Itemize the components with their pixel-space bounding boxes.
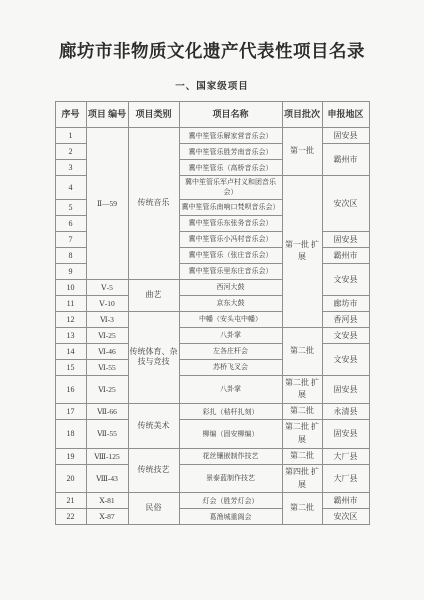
cell-name: 灯会（胜芳灯会） <box>179 493 282 509</box>
cell-region: 霸州市 <box>322 144 369 176</box>
cell-batch: 第二批 扩展 <box>282 420 322 449</box>
cell-index: 10 <box>55 279 86 295</box>
header-category: 项目类别 <box>128 102 179 128</box>
header-region: 申报地区 <box>322 102 369 128</box>
table-row: 19 Ⅷ-125 传统技艺 花丝镶嵌制作技艺 第二批 大厂县 <box>55 448 369 464</box>
cell-batch: 第二批 <box>282 404 322 420</box>
cell-index: 13 <box>55 327 86 343</box>
cell-category: 传统音乐 <box>128 128 179 279</box>
cell-region: 文安县 <box>322 263 369 295</box>
cell-code: Ⅵ-55 <box>86 359 128 375</box>
cell-index: 12 <box>55 311 86 327</box>
cell-name: 柳编（固安柳编） <box>179 420 282 449</box>
table-row: 1 Ⅱ—59 传统音乐 冀中笙管乐解家营音乐会） 第一批 固安县 <box>55 128 369 144</box>
cell-index: 16 <box>55 375 86 404</box>
table-row: 21 Ⅹ-81 民俗 灯会（胜芳灯会） 第二批 霸州市 <box>55 493 369 509</box>
table-row: 16 Ⅵ-25 八卦掌 第二批 扩展 固安县 <box>55 375 369 404</box>
header-batch: 项目批次 <box>282 102 322 128</box>
cell-name: 八卦掌 <box>179 327 282 343</box>
cell-region: 霸州市 <box>322 493 369 509</box>
document-page: 廊坊市非物质文化遗产代表性项目名录 一、国家级项目 序号 项目 编号 项目类别 … <box>0 0 424 600</box>
table-row: 17 Ⅶ-66 传统美术 彩扎（秸杆扎刻） 第二批 永清县 <box>55 404 369 420</box>
cell-index: 17 <box>55 404 86 420</box>
cell-name: 葛渔城重阁会 <box>179 509 282 525</box>
table-row: 18 Ⅶ-55 柳编（固安柳编） 第二批 扩展 固安县 <box>55 420 369 449</box>
table-row: 14 Ⅵ-46 左各庄杆会 文安县 <box>55 343 369 359</box>
cell-index: 15 <box>55 359 86 375</box>
table-row: 22 Ⅹ-87 葛渔城重阁会 安次区 <box>55 509 369 525</box>
cell-index: 19 <box>55 448 86 464</box>
cell-index: 8 <box>55 247 86 263</box>
cell-region: 固安县 <box>322 420 369 449</box>
cell-index: 6 <box>55 215 86 231</box>
cell-region: 文安县 <box>322 327 369 343</box>
cell-batch: 第一批 <box>282 128 322 176</box>
page-title: 廊坊市非物质文化遗产代表性项目名录 <box>0 42 424 61</box>
cell-name: 冀中笙管乐小冯村音乐会） <box>179 231 282 247</box>
cell-name: 彩扎（秸杆扎刻） <box>179 404 282 420</box>
cell-batch: 第二批 <box>282 493 322 525</box>
cell-code: Ⅷ-125 <box>86 448 128 464</box>
cell-batch: 第二批 扩展 <box>282 375 322 404</box>
section-heading: 一、国家级项目 <box>0 78 424 92</box>
header-index: 序号 <box>55 102 86 128</box>
cell-region: 香河县 <box>322 311 369 327</box>
table-row: 13 Ⅵ-25 八卦掌 第二批 文安县 <box>55 327 369 343</box>
heritage-table: 序号 项目 编号 项目类别 项目名称 项目批次 申报地区 1 Ⅱ—59 传统音乐… <box>55 101 370 525</box>
cell-region: 固安县 <box>322 231 369 247</box>
cell-index: 2 <box>55 144 86 160</box>
cell-code: Ⅵ-46 <box>86 343 128 359</box>
cell-region: 安次区 <box>322 509 369 525</box>
cell-batch: 第一批 扩展 <box>282 176 322 327</box>
cell-name: 冀中笙管乐（张庄音乐会） <box>179 247 282 263</box>
cell-index: 3 <box>55 160 86 176</box>
cell-index: 1 <box>55 128 86 144</box>
cell-name: 京东大鼓 <box>179 295 282 311</box>
cell-region: 廊坊市 <box>322 295 369 311</box>
cell-category: 传统技艺 <box>128 448 179 493</box>
cell-name: 冀中笙管乐（高桥音乐会） <box>179 160 282 176</box>
cell-name: 左各庄杆会 <box>179 343 282 359</box>
table-row: 12 Ⅵ-3 传统体育、杂技与竞技 中幡（安头屯中幡） 香河县 <box>55 311 369 327</box>
cell-name: 冀中笙管乐军卢村义和团音乐会） <box>179 176 282 199</box>
cell-category: 传统美术 <box>128 404 179 449</box>
table-row: 11 Ⅴ-10 京东大鼓 廊坊市 <box>55 295 369 311</box>
cell-region: 永清县 <box>322 404 369 420</box>
cell-category: 民俗 <box>128 493 179 525</box>
cell-batch: 第二批 <box>282 327 322 375</box>
cell-category: 传统体育、杂技与竞技 <box>128 311 179 404</box>
cell-index: 5 <box>55 199 86 215</box>
cell-region: 大厂县 <box>322 464 369 493</box>
cell-name: 八卦掌 <box>179 375 282 404</box>
cell-name: 冀中笙管乐胜芳南音乐会） <box>179 144 282 160</box>
cell-name: 景泰蓝制作技艺 <box>179 464 282 493</box>
cell-category: 曲艺 <box>128 279 179 311</box>
cell-index: 14 <box>55 343 86 359</box>
cell-region: 文安县 <box>322 343 369 375</box>
cell-region: 固安县 <box>322 128 369 144</box>
cell-batch: 第二批 <box>282 448 322 464</box>
cell-name: 苏桥飞叉会 <box>179 359 282 375</box>
cell-index: 20 <box>55 464 86 493</box>
cell-code: Ⅶ-55 <box>86 420 128 449</box>
cell-index: 22 <box>55 509 86 525</box>
cell-name: 冀中笙管乐南响口梵呗音乐会） <box>179 199 282 215</box>
cell-name: 西河大鼓 <box>179 279 282 295</box>
cell-code: Ⅴ-5 <box>86 279 128 295</box>
cell-index: 11 <box>55 295 86 311</box>
cell-region: 霸州市 <box>322 247 369 263</box>
cell-code: Ⅵ-3 <box>86 311 128 327</box>
cell-code: Ⅴ-10 <box>86 295 128 311</box>
cell-name: 冀中笙管乐解家营音乐会） <box>179 128 282 144</box>
cell-name: 冀中笙管乐里东庄音乐会） <box>179 263 282 279</box>
cell-region: 大厂县 <box>322 448 369 464</box>
header-code: 项目 编号 <box>86 102 128 128</box>
cell-index: 4 <box>55 176 86 199</box>
cell-index: 21 <box>55 493 86 509</box>
table-header-row: 序号 项目 编号 项目类别 项目名称 项目批次 申报地区 <box>55 102 369 128</box>
header-name: 项目名称 <box>179 102 282 128</box>
cell-code: Ⅷ-43 <box>86 464 128 493</box>
cell-name: 花丝镶嵌制作技艺 <box>179 448 282 464</box>
cell-region: 固安县 <box>322 375 369 404</box>
cell-code: Ⅵ-25 <box>86 375 128 404</box>
cell-region: 安次区 <box>322 176 369 231</box>
cell-index: 7 <box>55 231 86 247</box>
cell-code: Ⅵ-25 <box>86 327 128 343</box>
cell-code: Ⅹ-87 <box>86 509 128 525</box>
cell-code: Ⅱ—59 <box>86 128 128 279</box>
cell-index: 9 <box>55 263 86 279</box>
table-row: 20 Ⅷ-43 景泰蓝制作技艺 第四批 扩展 大厂县 <box>55 464 369 493</box>
cell-index: 18 <box>55 420 86 449</box>
cell-code: Ⅹ-81 <box>86 493 128 509</box>
cell-name: 冀中笙管乐东张务音乐会） <box>179 215 282 231</box>
cell-code: Ⅶ-66 <box>86 404 128 420</box>
cell-name: 中幡（安头屯中幡） <box>179 311 282 327</box>
cell-batch: 第四批 扩展 <box>282 464 322 493</box>
